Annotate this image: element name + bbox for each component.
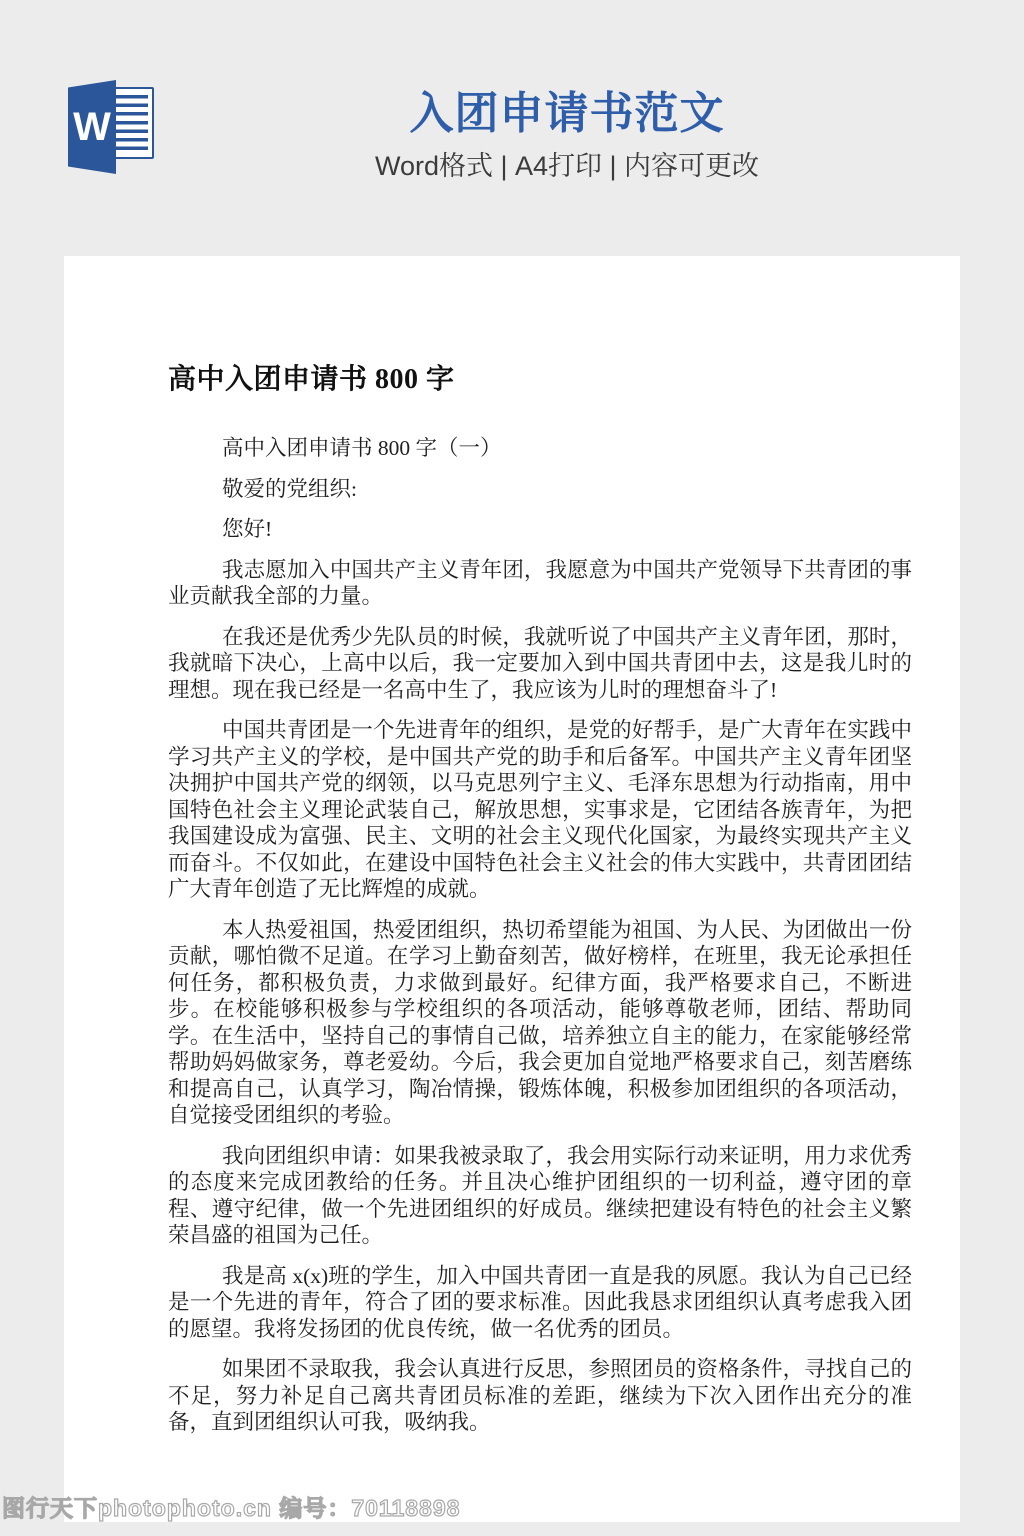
word-icon-blue-panel: W xyxy=(68,80,116,174)
document-paragraph: 我向团组织申请：如果我被录取了，我会用实际行动来证明，用力求优秀的态度来完成团教… xyxy=(168,1143,912,1249)
document-paragraph: 我是高 x(x)班的学生，加入中国共青团一直是我的夙愿。我认为自己已经是一个先进… xyxy=(168,1263,912,1343)
document-paragraph: 我志愿加入中国共产主义青年团，我愿意为中国共产党领导下共青团的事业贡献我全部的力… xyxy=(168,557,912,610)
document-paragraph: 敬爱的党组织: xyxy=(168,476,912,503)
page-root: W 入团申请书范文 Word格式 | A4打印 | 内容可更改 高中入团申请书 … xyxy=(0,0,1024,1536)
document-paragraph: 如果团不录取我，我会认真进行反思，参照团员的资格条件，寻找自己的不足，努力补足自… xyxy=(168,1356,912,1436)
page-title: 入团申请书范文 xyxy=(160,90,974,138)
document-paragraph: 中国共青团是一个先进青年的组织，是党的好帮手，是广大青年在实践中学习共产主义的学… xyxy=(168,717,912,903)
title-block: 入团申请书范文 Word格式 | A4打印 | 内容可更改 xyxy=(160,90,974,182)
document-heading: 高中入团申请书 800 字 xyxy=(168,362,912,398)
document-paragraph: 在我还是优秀少先队员的时候，我就听说了中国共产主义青年团，那时，我就暗下决心，上… xyxy=(168,624,912,704)
page-subtitle: Word格式 | A4打印 | 内容可更改 xyxy=(160,150,974,182)
word-icon: W xyxy=(62,80,162,174)
word-icon-text-lines xyxy=(113,95,148,152)
watermark: 图行天下photophoto.cn 编号：70118898 xyxy=(2,1490,460,1523)
document-page: 高中入团申请书 800 字 高中入团申请书 800 字（一） 敬爱的党组织: 您… xyxy=(64,256,960,1522)
document-paragraph: 您好! xyxy=(168,516,912,543)
document-paragraph: 高中入团申请书 800 字（一） xyxy=(168,435,912,462)
word-icon-letter: W xyxy=(73,107,111,147)
document-paragraph: 本人热爱祖国，热爱团组织，热切希望能为祖国、为人民、为团做出一份贡献，哪怕微不足… xyxy=(168,917,912,1129)
